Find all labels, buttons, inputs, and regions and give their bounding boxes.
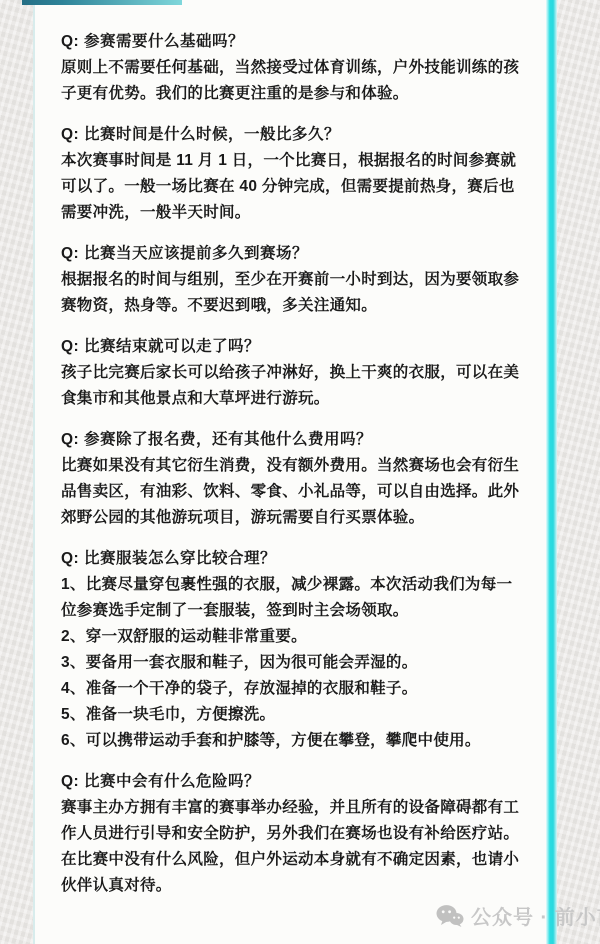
faq-answer: 赛事主办方拥有丰富的赛事举办经验，并且所有的设备障碍都有工作人员进行引导和安全防…: [61, 795, 525, 899]
faq-answer: 原则上不需要任何基础，当然接受过体育训练，户外技能训练的孩子更有优势。我们的比赛…: [61, 55, 525, 107]
faq-question: Q: 比赛时间是什么时候，一般比多久？: [61, 122, 525, 148]
top-accent-bar: [22, 0, 182, 5]
faq-answer: 根据报名的时间与组别，至少在开赛前一小时到达，因为要领取参赛物资，热身等。不要迟…: [61, 267, 525, 319]
faq-answer-paragraph: 赛事主办方拥有丰富的赛事举办经验，并且所有的设备障碍都有工作人员进行引导和安全防…: [61, 795, 525, 899]
faq-answer-paragraph: 5、准备一块毛巾，方便擦洗。: [61, 702, 525, 728]
faq-question: Q: 比赛中会有什么危险吗？: [61, 769, 525, 795]
faq-answer: 本次赛事时间是 11 月 1 日，一个比赛日，根据报名的时间参赛就可以了。一般一…: [61, 148, 525, 226]
faq-answer-paragraph: 原则上不需要任何基础，当然接受过体育训练，户外技能训练的孩子更有优势。我们的比赛…: [61, 55, 525, 107]
faq-answer-paragraph: 根据报名的时间与组别，至少在开赛前一小时到达，因为要领取参赛物资，热身等。不要迟…: [61, 267, 525, 319]
faq-question: Q: 比赛结束就可以走了吗？: [61, 334, 525, 360]
faq-card: Q: 参赛需要什么基础吗？ 原则上不需要任何基础，当然接受过体育训练，户外技能训…: [33, 0, 549, 944]
faq-answer: 比赛如果没有其它衍生消费，没有额外费用。当然赛场也会有衍生品售卖区，有油彩、饮料…: [61, 453, 525, 531]
faq-answer-paragraph: 4、准备一个干净的袋子，存放湿掉的衣服和鞋子。: [61, 676, 525, 702]
faq-answer-paragraph: 3、要备用一套衣服和鞋子，因为很可能会弄湿的。: [61, 650, 525, 676]
faq-answer-paragraph: 6、可以携带运动手套和护膝等，方便在攀登，攀爬中使用。: [61, 728, 525, 754]
wechat-icon: [436, 904, 464, 928]
faq-section: Q: 比赛结束就可以走了吗？ 孩子比完赛后家长可以给孩子冲淋好，换上干爽的衣服，…: [61, 334, 525, 412]
faq-answer-paragraph: 1、比赛尽量穿包裹性强的衣服，减少裸露。本次活动我们为每一位参赛选手定制了一套服…: [61, 572, 525, 624]
faq-answer: 孩子比完赛后家长可以给孩子冲淋好，换上干爽的衣服，可以在美食集市和其他景点和大草…: [61, 360, 525, 412]
faq-question: Q: 比赛当天应该提前多久到赛场？: [61, 241, 525, 267]
faq-answer-paragraph: 比赛如果没有其它衍生消费，没有额外费用。当然赛场也会有衍生品售卖区，有油彩、饮料…: [61, 453, 525, 531]
faq-answer-paragraph: 孩子比完赛后家长可以给孩子冲淋好，换上干爽的衣服，可以在美食集市和其他景点和大草…: [61, 360, 525, 412]
faq-list: Q: 参赛需要什么基础吗？ 原则上不需要任何基础，当然接受过体育训练，户外技能训…: [61, 29, 525, 899]
faq-answer-paragraph: 本次赛事时间是 11 月 1 日，一个比赛日，根据报名的时间参赛就可以了。一般一…: [61, 148, 525, 226]
faq-question: Q: 比赛服装怎么穿比较合理？: [61, 546, 525, 572]
faq-section: Q: 比赛当天应该提前多久到赛场？ 根据报名的时间与组别，至少在开赛前一小时到达…: [61, 241, 525, 319]
faq-section: Q: 比赛时间是什么时候，一般比多久？ 本次赛事时间是 11 月 1 日，一个比…: [61, 122, 525, 226]
faq-question: Q: 参赛除了报名费，还有其他什么费用吗？: [61, 427, 525, 453]
right-accent-stripe: [546, 0, 557, 944]
faq-answer: 1、比赛尽量穿包裹性强的衣服，减少裸露。本次活动我们为每一位参赛选手定制了一套服…: [61, 572, 525, 754]
watermark-text: 公众号 · 前小苗: [471, 901, 600, 930]
faq-section: Q: 参赛需要什么基础吗？ 原则上不需要任何基础，当然接受过体育训练，户外技能训…: [61, 29, 525, 107]
faq-section: Q: 比赛中会有什么危险吗？ 赛事主办方拥有丰富的赛事举办经验，并且所有的设备障…: [61, 769, 525, 899]
faq-section: Q: 比赛服装怎么穿比较合理？ 1、比赛尽量穿包裹性强的衣服，减少裸露。本次活动…: [61, 546, 525, 754]
faq-section: Q: 参赛除了报名费，还有其他什么费用吗？ 比赛如果没有其它衍生消费，没有额外费…: [61, 427, 525, 531]
watermark: 公众号 · 前小苗: [436, 901, 600, 930]
faq-question: Q: 参赛需要什么基础吗？: [61, 29, 525, 55]
faq-answer-paragraph: 2、穿一双舒服的运动鞋非常重要。: [61, 624, 525, 650]
